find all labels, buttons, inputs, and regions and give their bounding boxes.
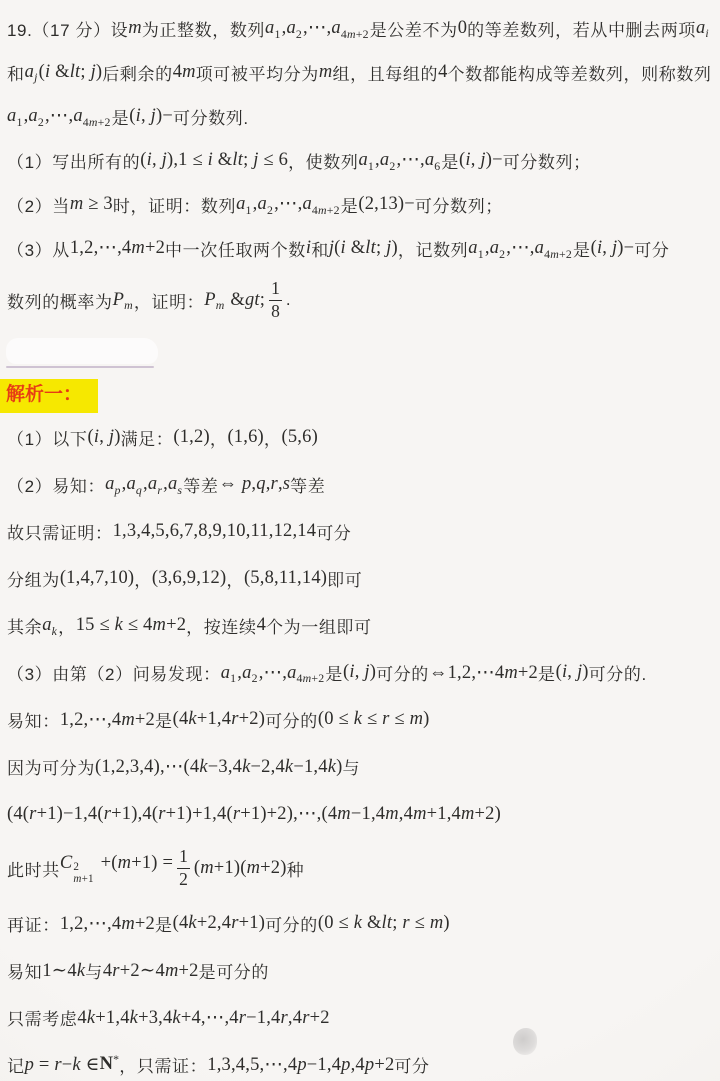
math-text-run: ⇔1,2,⋯4m+2 — [429, 662, 538, 684]
problem-part-1: （1）写出所有的(i, j),1 ≤ i &lt; j ≤ 6，使数列a1,a2… — [0, 138, 720, 182]
math-text-run: (1,2,3,4),⋯(4k−3,4k−2,4k−1,4k) — [95, 756, 342, 778]
cjk-text-run: ， — [226, 566, 244, 591]
cjk-text-run: 组，且每组的 — [332, 60, 438, 85]
cjk-text-run: （2）易知： — [7, 472, 105, 497]
math-text-run: 0 — [458, 18, 467, 39]
math-text-run: ak — [42, 615, 58, 636]
cjk-text-run: （2）当 — [7, 192, 70, 217]
solution-heading-badge: 解析一： — [0, 379, 98, 413]
math-text-run: (1,4,7,10) — [60, 568, 134, 589]
correction-smudge-mark — [6, 338, 158, 364]
math-text-run: (3,6,9,12) — [152, 568, 226, 589]
solution-part-3-line-5: 此时共C2m+1 +(m+1) =12(m+1)(m+2)种 — [0, 837, 720, 900]
cjk-text-run: 易知 — [7, 958, 42, 983]
solution-part-2-line-4: 其余ak，15 ≤ k ≤ 4m+2，按连续4个为一组即可 — [0, 602, 720, 649]
math-text-run: (i, j) — [87, 427, 120, 448]
cjk-text-run: 只需考虑 — [7, 1005, 77, 1030]
cjk-text-run: ，只需证： — [119, 1052, 207, 1077]
cjk-text-run: 等差 — [183, 472, 218, 497]
cjk-text-run: ， — [210, 425, 228, 450]
correction-underline-mark — [6, 366, 154, 368]
problem-part-3-line-2: 数列的概率为Pm，证明：Pm &gt;18. — [0, 270, 720, 330]
math-text-run: a1,a2,⋯,a6 — [358, 149, 441, 171]
solution-part-3-line-4: (4(r+1)−1,4(r+1),4(r+1)+1,4(r+1)+2),⋯,(4… — [0, 790, 720, 837]
math-text-run: 4 — [257, 615, 266, 636]
math-text-run: (1,6) — [227, 427, 263, 448]
solution-part-3-line-3: 因为可分为(1,2,3,4),⋯(4k−3,4k−2,4k−1,4k)与 — [0, 743, 720, 790]
cjk-text-run: ， — [58, 613, 76, 638]
math-text-run: (i, j)− — [129, 106, 173, 127]
problem-part-3-line-1: （3）从1,2,⋯,4m+2中一次任取两个数i和j(i &lt; j)，记数列a… — [0, 226, 720, 270]
cjk-text-run: （1）以下 — [7, 425, 87, 450]
math-text-run: a1,a2,⋯,a4m+2 — [468, 237, 573, 259]
cjk-text-run: 和 — [311, 236, 329, 261]
math-text-run: (i, j) — [343, 662, 376, 683]
math-text-run: (0 ≤ k &lt; r ≤ m) — [318, 913, 450, 934]
problem-statement-section: 19.（17 分）设m为正整数，数列a1,a2,⋯,a4m+2是公差不为0的等差… — [0, 6, 720, 330]
cjk-text-run: 种 — [287, 856, 305, 881]
math-text-run: a1,a2,⋯,a4m+2 — [221, 662, 326, 684]
cjk-text-run: 是 — [538, 660, 556, 685]
math-text-run: C2m+1 +(m+1) = — [60, 853, 173, 883]
cjk-text-run: ， — [264, 425, 282, 450]
cjk-text-run: 19.（17 分）设 — [7, 16, 128, 41]
cjk-text-run: 因为可分为 — [7, 754, 95, 779]
fingerprint-smudge-mark — [513, 1028, 537, 1055]
math-text-run: (1,2) — [173, 427, 209, 448]
cjk-text-run: 与 — [342, 754, 360, 779]
cjk-text-run: ，使数列 — [288, 148, 358, 173]
document-page: 19.（17 分）设m为正整数，数列a1,a2,⋯,a4m+2是公差不为0的等差… — [0, 0, 720, 1081]
math-text-run: (4k+1,4r+2) — [173, 709, 265, 730]
cjk-text-run: 个数都能构成等差数列，则称数列 — [448, 60, 712, 85]
math-text-run: (i, j) — [556, 662, 589, 683]
solution-part-2-line-2: 故只需证明：1,3,4,5,6,7,8,9,10,11,12,14可分 — [0, 508, 720, 555]
solution-section: （1）以下(i, j)满足：(1,2)，(1,6)，(5,6)（2）易知：ap,… — [0, 414, 720, 1081]
cjk-text-run: 易知： — [7, 707, 60, 732]
cjk-text-run: 可分 — [634, 236, 669, 261]
math-text-run: 4r+2∼4m+2 — [103, 960, 199, 982]
math-text-run: 4k+1,4k+3,4k+4,⋯,4r−1,4r,4r+2 — [77, 1007, 329, 1029]
math-text-run: ai — [696, 18, 710, 39]
cjk-text-run: 即可 — [327, 566, 362, 591]
cjk-text-run: 是 — [155, 707, 173, 732]
cjk-text-run: 是 — [441, 148, 459, 173]
solution-part-2-line-1: （2）易知：ap,aq,ar,as等差⇔ p,q,r,s等差 — [0, 461, 720, 508]
cjk-text-run: （3）从 — [7, 236, 70, 261]
cjk-text-run: 可分 — [316, 519, 351, 544]
math-text-run: (0 ≤ k ≤ r ≤ m) — [318, 709, 430, 730]
solution-part-3-line-7: 易知1∼4k与4r+2∼4m+2是可分的 — [0, 947, 720, 994]
math-text-run: (i, j),1 ≤ i &lt; j ≤ 6 — [140, 150, 288, 171]
cjk-text-run: 是可分的 — [199, 958, 269, 983]
math-text-run: 1∼4k — [42, 960, 85, 982]
math-text-run: p = r−k ∈ — [25, 1054, 100, 1076]
math-text-run: (5,6) — [282, 427, 318, 448]
math-text-run: (m+1)(m+2) — [194, 858, 287, 879]
math-text-run: (2,13)− — [358, 194, 415, 215]
fraction: 12 — [177, 846, 190, 891]
solution-part-1: （1）以下(i, j)满足：(1,2)，(1,6)，(5,6) — [0, 414, 720, 461]
math-text-run: N* — [100, 1054, 120, 1075]
cjk-text-run: 其余 — [7, 613, 42, 638]
cjk-text-run: 是 — [155, 911, 173, 936]
math-text-run: aj(i &lt; j) — [25, 62, 103, 83]
math-text-run: a1,a2,⋯,a4m+2 — [265, 17, 370, 39]
math-text-run: 4 — [438, 62, 447, 83]
math-text-run: m — [128, 18, 142, 39]
math-text-run: 1,3,4,5,6,7,8,9,10,11,12,14 — [113, 521, 317, 542]
math-text-run: Pm &gt; — [204, 290, 265, 311]
solution-part-3-line-8: 只需考虑4k+1,4k+3,4k+4,⋯,4r−1,4r,4r+2 — [0, 994, 720, 1041]
cjk-text-run: 可分数列. — [173, 104, 249, 129]
cjk-text-run: 等差 — [290, 472, 325, 497]
cjk-text-run: 的等差数列，若从中删去两项 — [467, 16, 696, 41]
solution-part-3-line-9: 记p = r−k ∈N*，只需证：1,3,4,5,⋯,4p−1,4p,4p+2可… — [0, 1041, 720, 1081]
cjk-text-run: 后剩余的 — [102, 60, 172, 85]
cjk-text-run: 是 — [341, 192, 359, 217]
cjk-text-run: 时，证明：数列 — [113, 192, 236, 217]
cjk-text-run: 故只需证明： — [7, 519, 113, 544]
spacer-zone — [0, 330, 720, 378]
cjk-text-run: 分组为 — [7, 566, 60, 591]
fraction: 18 — [269, 278, 282, 323]
cjk-text-run: （3）由第（2）问易发现： — [7, 660, 221, 685]
cjk-text-run: ，证明： — [134, 288, 204, 313]
cjk-text-run: 个为一组即可 — [266, 613, 372, 638]
cjk-text-run: 项可被平均分为 — [196, 60, 319, 85]
cjk-text-run: 可分的 — [376, 660, 429, 685]
cjk-text-run: 与 — [85, 958, 103, 983]
cjk-text-run: ，记数列 — [398, 236, 468, 261]
solution-heading-row: 解析一： — [0, 378, 720, 414]
cjk-text-run: 可分 — [394, 1052, 429, 1077]
cjk-text-run: 是公差不为 — [370, 16, 458, 41]
math-text-run: j(i &lt; j) — [329, 238, 398, 259]
math-text-run: 1,2,⋯,4m+2 — [70, 237, 165, 259]
problem-intro-line-1: 19.（17 分）设m为正整数，数列a1,a2,⋯,a4m+2是公差不为0的等差… — [0, 6, 720, 50]
math-text-run: (i, j)− — [459, 150, 503, 171]
math-text-run: a1,a2,⋯,a4m+2 — [7, 105, 112, 127]
problem-intro-line-3: a1,a2,⋯,a4m+2是(i, j)−可分数列. — [0, 94, 720, 138]
math-text-run: (5,8,11,14) — [244, 568, 327, 589]
math-text-run: 1,2,⋯,4m+2 — [60, 913, 155, 935]
cjk-text-run: 和 — [7, 60, 25, 85]
math-text-run: ⇔ p,q,r,s — [218, 474, 290, 495]
cjk-text-run: 可分数列； — [503, 148, 591, 173]
problem-part-2: （2）当m ≥ 3时，证明：数列a1,a2,⋯,a4m+2是(2,13)−可分数… — [0, 182, 720, 226]
math-text-run: (4(r+1)−1,4(r+1),4(r+1)+1,4(r+1)+2),⋯,(4… — [7, 803, 501, 825]
cjk-text-run: . — [286, 290, 291, 310]
math-text-run: 15 ≤ k ≤ 4m+2 — [76, 615, 186, 636]
math-text-run: ap,aq,ar,as — [105, 474, 183, 495]
cjk-text-run: 为正整数，数列 — [142, 16, 265, 41]
cjk-text-run: 可分的 — [265, 911, 318, 936]
cjk-text-run: 记 — [7, 1052, 25, 1077]
math-text-run: (i, j)− — [591, 238, 635, 259]
math-text-run: a1,a2,⋯,a4m+2 — [236, 193, 341, 215]
problem-intro-line-2: 和aj(i &lt; j)后剩余的4m项可被平均分为m组，且每组的4个数都能构成… — [0, 50, 720, 94]
cjk-text-run: 可分的 — [265, 707, 318, 732]
cjk-text-run: 可分数列； — [415, 192, 503, 217]
solution-part-2-line-3: 分组为(1,4,7,10)，(3,6,9,12)，(5,8,11,14)即可 — [0, 555, 720, 602]
math-text-run: Pm — [113, 290, 134, 311]
math-text-run: 4m — [173, 62, 196, 83]
solution-part-3-line-2: 易知：1,2,⋯,4m+2是(4k+1,4r+2)可分的(0 ≤ k ≤ r ≤… — [0, 696, 720, 743]
math-text-run: (4k+2,4r+1) — [173, 913, 265, 934]
cjk-text-run: 此时共 — [7, 856, 60, 881]
cjk-text-run: 再证： — [7, 911, 60, 936]
cjk-text-run: （1）写出所有的 — [7, 148, 140, 173]
cjk-text-run: 是 — [325, 660, 343, 685]
math-text-run: 1,3,4,5,⋯,4p−1,4p,4p+2 — [207, 1054, 394, 1076]
solution-part-3-line-1: （3）由第（2）问易发现：a1,a2,⋯,a4m+2是(i, j)可分的⇔1,2… — [0, 649, 720, 696]
cjk-text-run: ，按连续 — [186, 613, 256, 638]
cjk-text-run: 可分的. — [589, 660, 647, 685]
cjk-text-run: ， — [134, 566, 152, 591]
cjk-text-run: 数列的概率为 — [7, 288, 113, 313]
math-text-run: 1,2,⋯,4m+2 — [60, 709, 155, 731]
cjk-text-run: 中一次任取两个数 — [165, 236, 306, 261]
cjk-text-run: 是 — [112, 104, 130, 129]
cjk-text-run: 满足： — [121, 425, 174, 450]
cjk-text-run: 是 — [573, 236, 591, 261]
math-text-run: m — [319, 62, 333, 83]
solution-part-3-line-6: 再证：1,2,⋯,4m+2是(4k+2,4r+1)可分的(0 ≤ k &lt; … — [0, 900, 720, 947]
math-text-run: m ≥ 3 — [70, 194, 113, 215]
